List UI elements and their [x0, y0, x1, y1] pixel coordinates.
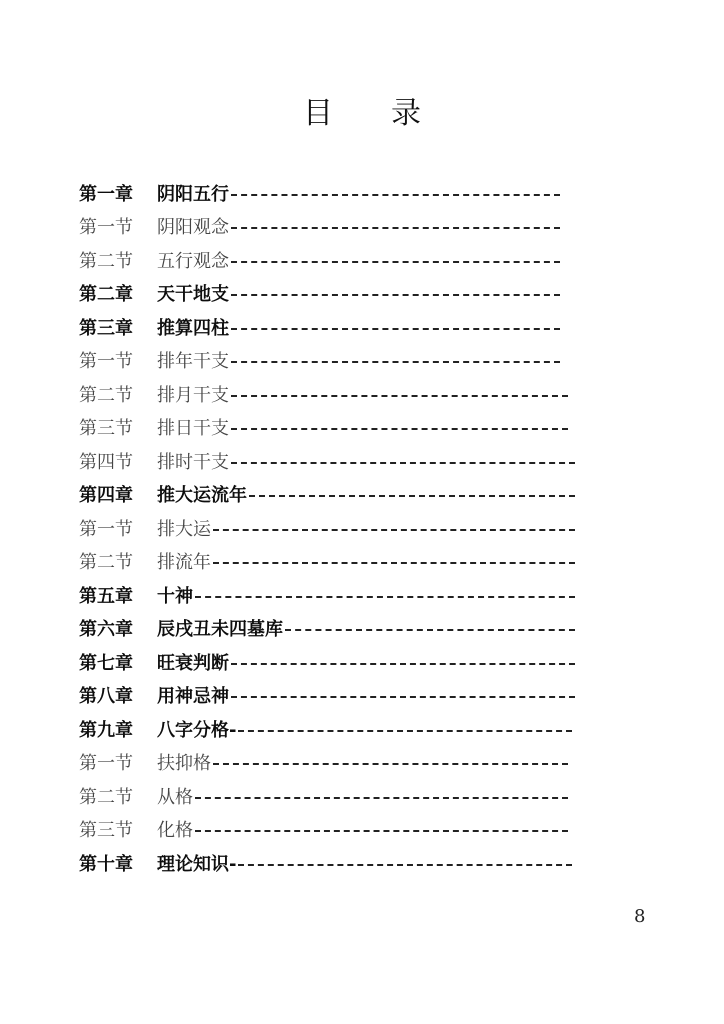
- toc-entry-label: 理论知识-: [157, 850, 236, 876]
- toc-entry-number: 第一章: [79, 180, 157, 206]
- toc-chapter-entry: 第六章辰戌丑未四墓库: [79, 612, 575, 646]
- toc-chapter-entry: 第九章八字分格-: [79, 712, 575, 746]
- toc-entry-number: 第二节: [79, 548, 157, 574]
- toc-entry-number: 第一节: [79, 515, 157, 541]
- toc-entry-label: 推算四柱: [157, 314, 229, 340]
- toc-section-entry: 第二节排流年: [79, 545, 575, 579]
- toc-entry-number: 第三节: [79, 816, 157, 842]
- toc-section-entry: 第一节排年干支: [79, 344, 575, 378]
- dot-leader: [231, 261, 560, 263]
- toc-entry-label: 排大运: [157, 515, 211, 541]
- toc-entry-number: 第一节: [79, 749, 157, 775]
- toc-entry-label: 五行观念: [157, 247, 229, 273]
- toc-entry-number: 第一节: [79, 213, 157, 239]
- dot-leader: [231, 663, 575, 665]
- toc-entry-label: 化格: [157, 816, 193, 842]
- toc-entry-label: 扶抑格: [157, 749, 211, 775]
- toc-entry-number: 第六章: [79, 615, 157, 641]
- toc-entry-number: 第七章: [79, 649, 157, 675]
- dot-leader: [285, 629, 575, 631]
- toc-entry-label: 八字分格-: [157, 716, 236, 742]
- toc-entry-number: 第八章: [79, 682, 157, 708]
- dot-leader: [213, 529, 575, 531]
- toc-entry-label: 用神忌神: [157, 682, 229, 708]
- toc-entry-label: 推大运流年: [157, 481, 247, 507]
- toc-section-entry: 第二节排月干支: [79, 377, 575, 411]
- toc-chapter-entry: 第三章推算四柱: [79, 310, 575, 344]
- toc-chapter-entry: 第十章理论知识-: [79, 846, 575, 880]
- toc-chapter-entry: 第八章用神忌神: [79, 679, 575, 713]
- toc-section-entry: 第一节扶抑格: [79, 746, 575, 780]
- toc-chapter-entry: 第五章十神: [79, 578, 575, 612]
- toc-entry-label: 阴阳五行: [157, 180, 229, 206]
- dot-leader: [238, 864, 572, 866]
- dot-leader: [195, 830, 568, 832]
- dot-leader: [231, 361, 560, 363]
- toc-entry-number: 第二节: [79, 381, 157, 407]
- dot-leader: [231, 696, 575, 698]
- toc-entry-number: 第二节: [79, 783, 157, 809]
- title-char-left: 目: [303, 88, 333, 132]
- toc-chapter-entry: 第四章推大运流年: [79, 478, 575, 512]
- toc-entry-number: 第四章: [79, 481, 157, 507]
- dot-leader: [238, 730, 572, 732]
- toc-entry-number: 第三节: [79, 414, 157, 440]
- toc-section-entry: 第一节排大运: [79, 511, 575, 545]
- toc-entry-label: 排年干支: [157, 347, 229, 373]
- dot-leader: [231, 328, 560, 330]
- dot-leader: [195, 797, 568, 799]
- toc-chapter-entry: 第七章旺衰判断: [79, 645, 575, 679]
- toc-entry-label: 从格: [157, 783, 193, 809]
- toc-chapter-entry: 第二章天干地支: [79, 277, 575, 311]
- dot-leader: [231, 294, 560, 296]
- toc-section-entry: 第二节五行观念: [79, 243, 575, 277]
- dot-leader: [213, 763, 568, 765]
- toc-section-entry: 第三节化格: [79, 813, 575, 847]
- toc-section-entry: 第一节阴阳观念: [79, 210, 575, 244]
- toc-chapter-entry: 第一章阴阳五行: [79, 176, 575, 210]
- toc-entry-label: 排时干支: [157, 448, 229, 474]
- toc-section-entry: 第二节从格: [79, 779, 575, 813]
- toc-entry-label: 排月干支: [157, 381, 229, 407]
- toc-entry-number: 第二节: [79, 247, 157, 273]
- dot-leader: [231, 227, 560, 229]
- dot-leader: [231, 462, 575, 464]
- toc-entry-number: 第三章: [79, 314, 157, 340]
- dot-leader: [231, 428, 568, 430]
- toc-entry-number: 第十章: [79, 850, 157, 876]
- toc-entry-label: 辰戌丑未四墓库: [157, 615, 283, 641]
- dot-leader: [249, 495, 575, 497]
- toc-entry-number: 第九章: [79, 716, 157, 742]
- toc-section-entry: 第三节排日干支: [79, 411, 575, 445]
- page-number: 8: [634, 906, 645, 927]
- toc-entry-label: 阴阳观念: [157, 213, 229, 239]
- toc-entry-label: 排日干支: [157, 414, 229, 440]
- title-char-right: 录: [391, 88, 421, 132]
- page-title: 目录: [0, 88, 724, 132]
- toc-entry-label: 天干地支: [157, 280, 229, 306]
- dot-leader: [231, 395, 568, 397]
- toc-entry-number: 第二章: [79, 280, 157, 306]
- dot-leader: [213, 562, 575, 564]
- toc-entry-label: 旺衰判断: [157, 649, 229, 675]
- toc-entry-number: 第一节: [79, 347, 157, 373]
- toc-entry-number: 第四节: [79, 448, 157, 474]
- toc-entry-number: 第五章: [79, 582, 157, 608]
- dot-leader: [195, 596, 575, 598]
- toc-entry-label: 排流年: [157, 548, 211, 574]
- toc-entry-label: 十神: [157, 582, 193, 608]
- toc-section-entry: 第四节排时干支: [79, 444, 575, 478]
- dot-leader: [231, 194, 560, 196]
- table-of-contents: 第一章阴阳五行第一节阴阳观念第二节五行观念第二章天干地支第三章推算四柱第一节排年…: [79, 176, 575, 880]
